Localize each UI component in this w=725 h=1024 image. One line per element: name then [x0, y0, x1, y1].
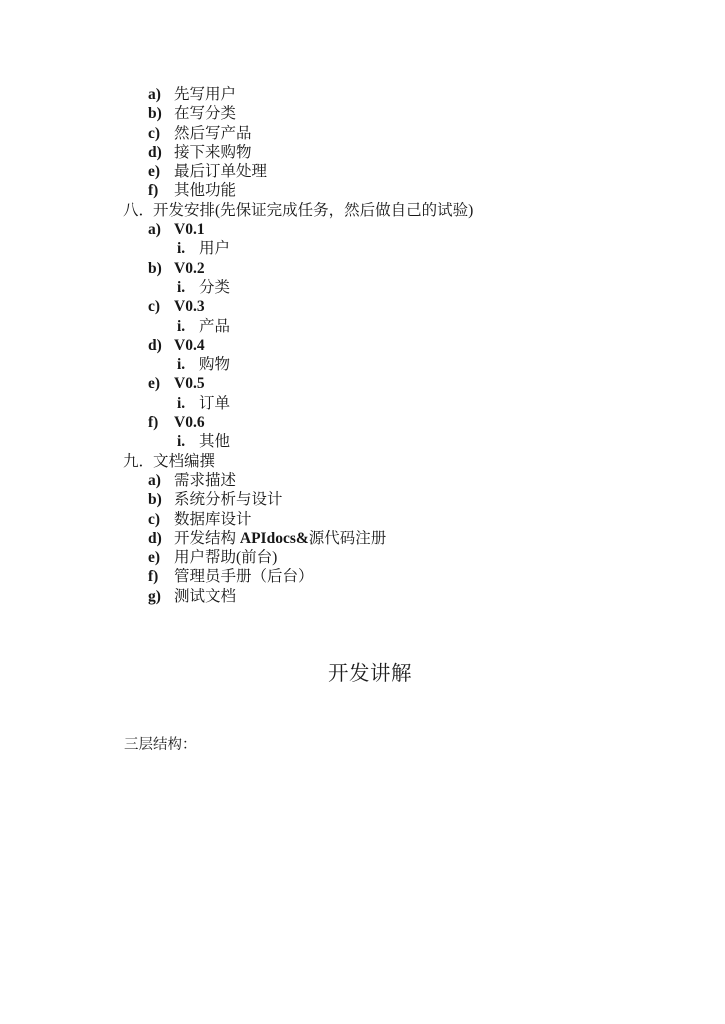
outline-line: f) 管理员手册（后台） — [0, 567, 725, 586]
list-text-segment: 接下来购物 — [174, 144, 252, 161]
outline-line: i. 用户 — [0, 239, 725, 258]
list-text-segment: 订单 — [199, 395, 230, 412]
list-label: f) — [148, 567, 158, 586]
list-text: 用户帮助(前台) — [174, 548, 277, 567]
list-text-segment: V0.3 — [174, 298, 205, 315]
outline-line: b) 在写分类 — [0, 104, 725, 123]
list-text-segment: V0.4 — [174, 337, 205, 354]
list-text-segment: 数据库设计 — [174, 511, 252, 528]
list-text: 开发安排(先保证完成任务，然后做自己的试验) — [153, 201, 473, 220]
list-label: a) — [148, 220, 161, 239]
list-label: i. — [177, 432, 185, 451]
list-text-segment: V0.1 — [174, 221, 205, 238]
list-text: V0.4 — [174, 336, 205, 355]
list-text: 然后写产品 — [174, 124, 252, 143]
list-text: 测试文档 — [174, 587, 236, 606]
list-label: i. — [177, 394, 185, 413]
list-label: i. — [177, 317, 185, 336]
outline-line: c) 数据库设计 — [0, 510, 725, 529]
list-text-segment: 其他 — [199, 433, 230, 450]
list-label: f) — [148, 181, 158, 200]
outline-line: e) 最后订单处理 — [0, 162, 725, 181]
outline-line: e) 用户帮助(前台) — [0, 548, 725, 567]
outline: a) 先写用户 b) 在写分类 c) 然后写产品 d) 接下来购物 e) 最后订… — [0, 85, 725, 606]
list-text: 分类 — [199, 278, 230, 297]
list-text: V0.6 — [174, 413, 205, 432]
list-label: i. — [177, 355, 185, 374]
list-text: V0.2 — [174, 259, 205, 278]
outline-line: d) 接下来购物 — [0, 143, 725, 162]
list-text: 数据库设计 — [174, 510, 252, 529]
list-text: V0.3 — [174, 297, 205, 316]
list-text-segment: V0.2 — [174, 260, 205, 277]
list-text: 购物 — [199, 355, 230, 374]
list-label: a) — [148, 471, 161, 490]
list-label: d) — [148, 143, 162, 162]
list-text: 其他功能 — [174, 181, 236, 200]
list-text-segment: 用户帮助(前台) — [174, 549, 277, 566]
list-text: 订单 — [199, 394, 230, 413]
list-text: 管理员手册（后台） — [174, 567, 314, 586]
document-page: a) 先写用户 b) 在写分类 c) 然后写产品 d) 接下来购物 e) 最后订… — [0, 0, 725, 1024]
page-title: 开发讲解 — [0, 658, 725, 690]
outline-line: i. 产品 — [0, 317, 725, 336]
outline-line: i. 分类 — [0, 278, 725, 297]
outline-line: 九． 文档编撰 — [0, 452, 725, 471]
list-label: c) — [148, 297, 160, 316]
list-text-segment: APIdocs& — [240, 530, 309, 547]
list-text: 先写用户 — [174, 85, 236, 104]
outline-line: a) V0.1 — [0, 220, 725, 239]
list-text-segment: 开发安排(先保证完成任务，然后做自己的试验) — [153, 202, 473, 219]
outline-line: a) 先写用户 — [0, 85, 725, 104]
list-text-segment: 文档编撰 — [153, 453, 215, 470]
list-text: 其他 — [199, 432, 230, 451]
list-label: e) — [148, 162, 160, 181]
outline-line: b) 系统分析与设计 — [0, 490, 725, 509]
list-label: i. — [177, 278, 185, 297]
outline-line: c) 然后写产品 — [0, 124, 725, 143]
outline-line: c) V0.3 — [0, 297, 725, 316]
list-label: e) — [148, 548, 160, 567]
list-label: 八． — [123, 201, 154, 220]
list-label: g) — [148, 587, 161, 606]
list-text: 开发结构 APIdocs&源代码注册 — [174, 529, 386, 548]
list-text-segment: 产品 — [199, 318, 230, 335]
list-label: a) — [148, 85, 161, 104]
list-text-segment: V0.5 — [174, 375, 205, 392]
list-label: i. — [177, 239, 185, 258]
outline-line: b) V0.2 — [0, 259, 725, 278]
list-text: 需求描述 — [174, 471, 236, 490]
list-label: b) — [148, 104, 162, 123]
list-text-segment: 然后写产品 — [174, 125, 252, 142]
list-text-segment: 系统分析与设计 — [174, 491, 283, 508]
list-text: 文档编撰 — [153, 452, 215, 471]
list-text-segment: 需求描述 — [174, 472, 236, 489]
outline-line: d) V0.4 — [0, 336, 725, 355]
outline-line: i. 其他 — [0, 432, 725, 451]
outline-line: g) 测试文档 — [0, 587, 725, 606]
list-label: d) — [148, 336, 162, 355]
body-text: 三层结构： — [124, 735, 197, 755]
outline-line: i. 订单 — [0, 394, 725, 413]
list-label: b) — [148, 259, 162, 278]
outline-line: e) V0.5 — [0, 374, 725, 393]
list-text: V0.1 — [174, 220, 205, 239]
list-text: V0.5 — [174, 374, 205, 393]
outline-line: a) 需求描述 — [0, 471, 725, 490]
list-text-segment: V0.6 — [174, 414, 205, 431]
list-label: c) — [148, 510, 160, 529]
list-text-segment: 分类 — [199, 279, 230, 296]
list-text-segment: 购物 — [199, 356, 230, 373]
outline-line: f) V0.6 — [0, 413, 725, 432]
list-label: 九． — [123, 452, 154, 471]
list-text-segment: 测试文档 — [174, 588, 236, 605]
list-label: b) — [148, 490, 162, 509]
list-text-segment: 管理员手册（后台） — [174, 568, 314, 585]
list-text: 系统分析与设计 — [174, 490, 283, 509]
list-label: e) — [148, 374, 160, 393]
list-text: 最后订单处理 — [174, 162, 267, 181]
list-text-segment: 用户 — [199, 240, 230, 257]
outline-line: d) 开发结构 APIdocs&源代码注册 — [0, 529, 725, 548]
list-text-segment: 开发结构 — [174, 530, 240, 547]
list-label: c) — [148, 124, 160, 143]
list-text-segment: 先写用户 — [174, 86, 236, 103]
list-text-segment: 其他功能 — [174, 182, 236, 199]
list-text: 产品 — [199, 317, 230, 336]
list-text-segment: 最后订单处理 — [174, 163, 267, 180]
list-text-segment: 在写分类 — [174, 105, 236, 122]
list-label: d) — [148, 529, 162, 548]
list-text: 用户 — [199, 239, 230, 258]
outline-line: 八． 开发安排(先保证完成任务，然后做自己的试验) — [0, 201, 725, 220]
list-text: 在写分类 — [174, 104, 236, 123]
list-text: 接下来购物 — [174, 143, 252, 162]
outline-line: f) 其他功能 — [0, 181, 725, 200]
list-label: f) — [148, 413, 158, 432]
outline-line: i. 购物 — [0, 355, 725, 374]
list-text-segment: 源代码注册 — [309, 530, 387, 547]
